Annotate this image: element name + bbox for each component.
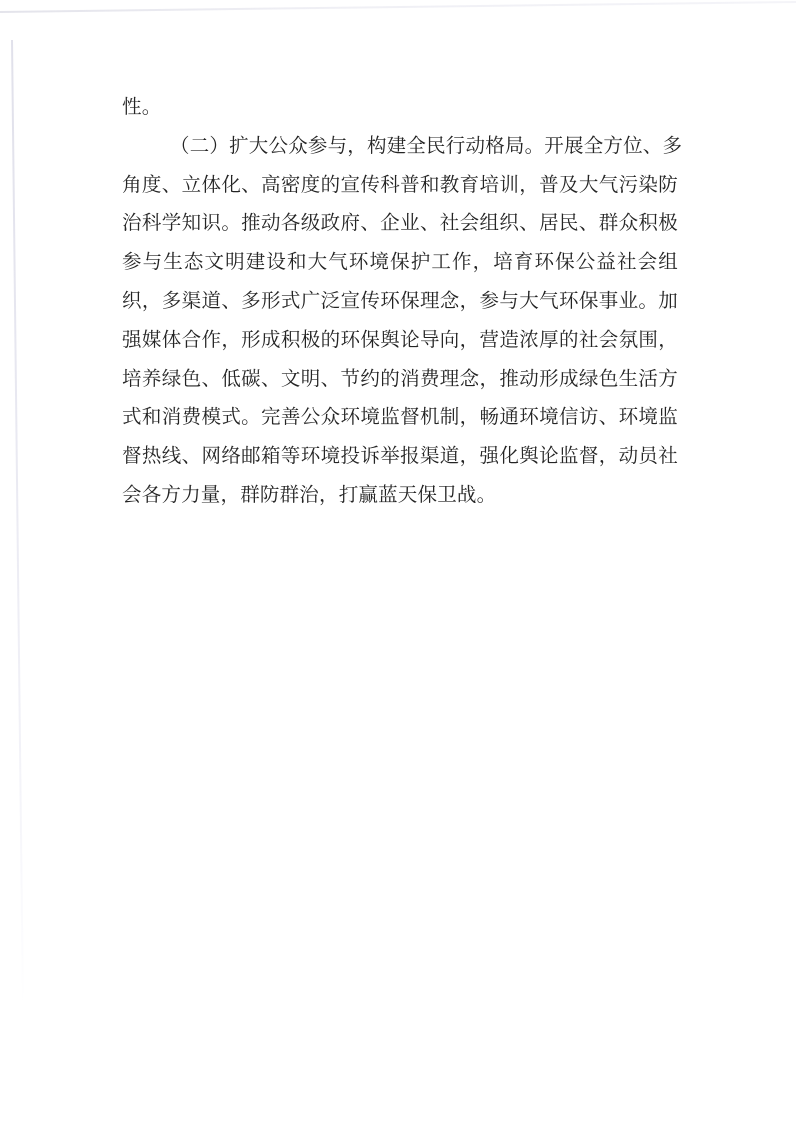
- text-line: 式和消费模式。完善公众环境监督机制，畅通环境信访、环境监: [122, 399, 678, 438]
- text-line: 角度、立体化、高密度的宣传科普和教育培训，普及大气污染防: [122, 167, 678, 206]
- scan-artifact-left-line: [11, 40, 24, 1008]
- text-line: （二）扩大公众参与，构建全民行动格局。开展全方位、多: [122, 128, 678, 167]
- text-line: 织，多渠道、多形式广泛宣传环保理念，参与大气环保事业。加: [122, 283, 678, 322]
- scan-artifact-top-line: [0, 1, 796, 13]
- text-line: 督热线、网络邮箱等环境投诉举报渠道，强化舆论监督，动员社: [122, 438, 678, 477]
- document-page: 性。 （二）扩大公众参与，构建全民行动格局。开展全方位、多 角度、立体化、高密度…: [0, 0, 796, 1125]
- body-text-block: 性。 （二）扩大公众参与，构建全民行动格局。开展全方位、多 角度、立体化、高密度…: [122, 89, 678, 516]
- text-line: 会各方力量，群防群治，打赢蓝天保卫战。: [122, 477, 678, 516]
- text-line: 性。: [122, 89, 678, 128]
- text-line: 强媒体合作，形成积极的环保舆论导向，营造浓厚的社会氛围，: [122, 322, 678, 361]
- text-line: 参与生态文明建设和大气环境保护工作，培育环保公益社会组: [122, 244, 678, 283]
- text-line: 培养绿色、低碳、文明、节约的消费理念，推动形成绿色生活方: [122, 361, 678, 400]
- text-line: 治科学知识。推动各级政府、企业、社会组织、居民、群众积极: [122, 205, 678, 244]
